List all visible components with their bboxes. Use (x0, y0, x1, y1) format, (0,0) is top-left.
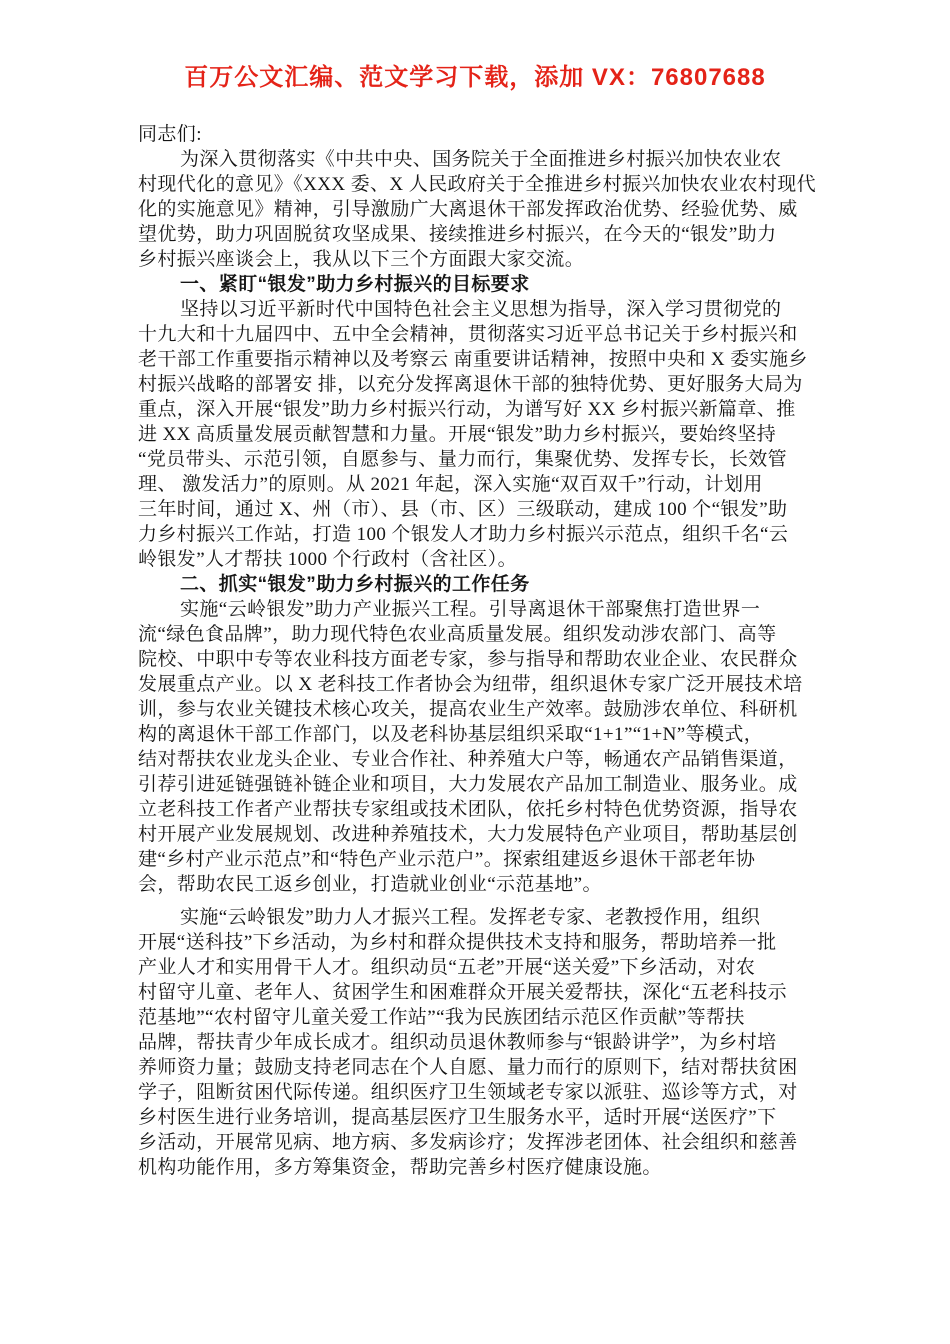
text-line: 乡活动，开展常见病、地方病、多发病诊疗；发挥涉老团体、社会组织和慈善 (138, 1130, 820, 1155)
text-line: 流“绿色食品牌”，助力现代特色农业高质量发展。组织发动涉农部门、高等 (138, 622, 820, 647)
text-line: 院校、中职中专等农业科技方面老专家，参与指导和帮助农业企业、农民群众 (138, 647, 820, 672)
text-line: 坚持以习近平新时代中国特色社会主义思想为指导，深入学习贯彻党的 (138, 297, 820, 322)
document-body: 同志们:为深入贯彻落实《中共中央、国务院关于全面推进乡村振兴加快农业农村现代化的… (138, 122, 820, 1180)
text-line: 产业人才和实用骨干人才。组织动员“五老”开展“送关爱”下乡活动，对农 (138, 955, 820, 980)
text-line: 重点，深入开展“银发”助力乡村振兴行动，为谱写好 XX 乡村振兴新篇章、推 (138, 397, 820, 422)
text-line: “党员带头、示范引领，自愿参与、量力而行，集聚优势、发挥专长，长效管 (138, 447, 820, 472)
text-line: 结对帮扶农业龙头企业、专业合作社、种养殖大户等，畅通农产品销售渠道， (138, 747, 820, 772)
text-line: 进 XX 高质量发展贡献智慧和力量。开展“银发”助力乡村振兴，要始终坚持 (138, 422, 820, 447)
text-line: 二、抓实“银发”助力乡村振兴的工作任务 (138, 572, 820, 597)
text-line: 岭银发”人才帮扶 1000 个行政村（含社区）。 (138, 547, 820, 572)
text-line: 机构功能作用，多方筹集资金，帮助完善乡村医疗健康设施。 (138, 1155, 820, 1180)
text-line: 立老科技工作者产业帮扶专家组或技术团队，依托乡村特色优势资源，指导农 (138, 797, 820, 822)
text-line: 建“乡村产业示范点”和“特色产业示范户”。探索组建返乡退休干部老年协 (138, 847, 820, 872)
text-line: 发展重点产业。以 X 老科技工作者协会为纽带，组织退休专家广泛开展技术培 (138, 672, 820, 697)
text-line: 三年时间，通过 X、州（市）、县（市、区）三级联动，建成 100 个“银发”助 (138, 497, 820, 522)
text-line: 同志们: (138, 122, 820, 147)
text-line: 构的离退休干部工作部门，以及老科协基层组织采取“1+1”“1+N”等模式， (138, 722, 820, 747)
text-line: 为深入贯彻落实《中共中央、国务院关于全面推进乡村振兴加快农业农 (138, 147, 820, 172)
text-line: 引荐引进延链强链补链企业和项目，大力发展农产品加工制造业、服务业。成 (138, 772, 820, 797)
text-line: 十九大和十九届四中、五中全会精神，贯彻落实习近平总书记关于乡村振兴和 (138, 322, 820, 347)
text-line: 乡村振兴座谈会上，我从以下三个方面跟大家交流。 (138, 247, 820, 272)
text-line: 村开展产业发展规划、改进种养殖技术，大力发展特色产业项目，帮助基层创 (138, 822, 820, 847)
promo-banner: 百万公文汇编、范文学习下载，添加 VX：76807688 (0, 0, 950, 93)
text-line: 望优势，助力巩固脱贫攻坚成果、接续推进乡村振兴，在今天的“银发”助力 (138, 222, 820, 247)
text-line: 学子，阻断贫困代际传递。组织医疗卫生领域老专家以派驻、巡诊等方式，对 (138, 1080, 820, 1105)
text-line: 老干部工作重要指示精神以及考察云 南重要讲话精神，按照中央和 X 委实施乡 (138, 347, 820, 372)
text-line: 化的实施意见》精神，引导激励广大离退休干部发挥政治优势、经验优势、威 (138, 197, 820, 222)
text-line: 一、紧盯“银发”助力乡村振兴的目标要求 (138, 272, 820, 297)
text-line: 开展“送科技”下乡活动，为乡村和群众提供技术支持和服务，帮助培养一批 (138, 930, 820, 955)
text-line: 村留守儿童、老年人、贫困学生和困难群众开展关爱帮扶，深化“五老科技示 (138, 980, 820, 1005)
text-line: 品牌，帮扶青少年成长成才。组织动员退休教师参与“银龄讲学”，为乡村培 (138, 1030, 820, 1055)
text-line: 力乡村振兴工作站，打造 100 个银发人才助力乡村振兴示范点，组织千名“云 (138, 522, 820, 547)
text-line: 范基地”“农村留守儿童关爱工作站”“我为民族团结示范区作贡献”等帮扶 (138, 1005, 820, 1030)
document-page: 百万公文汇编、范文学习下载，添加 VX：76807688 同志们:为深入贯彻落实… (0, 0, 950, 1344)
text-line: 理、 激发活力”的原则。从 2021 年起，深入实施“双百双千”行动，计划用 (138, 472, 820, 497)
text-line: 会，帮助农民工返乡创业，打造就业创业“示范基地”。 (138, 872, 820, 897)
text-line: 实施“云岭银发”助力人才振兴工程。发挥老专家、老教授作用，组织 (138, 905, 820, 930)
text-line: 村现代化的意见》《XXX 委、X 人民政府关于全推进乡村振兴加快农业农村现代 (138, 172, 820, 197)
text-line: 养师资力量；鼓励支持老同志在个人自愿、量力而行的原则下，结对帮扶贫困 (138, 1055, 820, 1080)
text-line: 训，参与农业关键技术核心攻关，提高农业生产效率。鼓励涉农单位、科研机 (138, 697, 820, 722)
text-line: 村振兴战略的部署安 排，以充分发挥离退休干部的独特优势、更好服务大局为 (138, 372, 820, 397)
text-line: 实施“云岭银发”助力产业振兴工程。引导离退休干部聚焦打造世界一 (138, 597, 820, 622)
text-line: 乡村医生进行业务培训，提高基层医疗卫生服务水平，适时开展“送医疗”下 (138, 1105, 820, 1130)
